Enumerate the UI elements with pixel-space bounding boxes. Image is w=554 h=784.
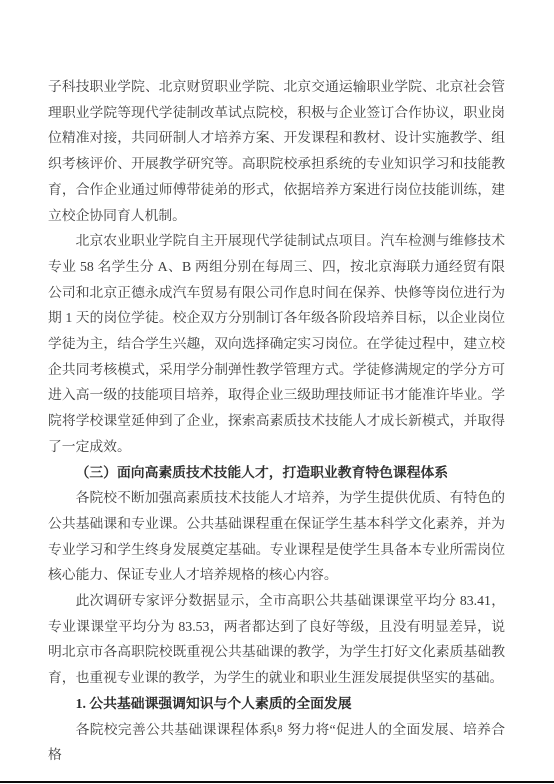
- body-paragraph: 此次调研专家评分数据显示，全市高职公共基础课课堂平均分 83.41，专业课课堂平…: [48, 588, 505, 691]
- page-number: 18: [0, 723, 554, 735]
- scan-edge-line: [0, 781, 554, 784]
- body-paragraph: 各院校不断加强高素质技术技能人才培养，为学生提供优质、有特色的公共基础课和专业课…: [48, 485, 505, 588]
- numbered-heading: 1. 公共基础课强调知识与个人素质的全面发展: [48, 691, 505, 717]
- body-paragraph: 北京农业职业学院自主开展现代学徒制试点项目。汽车检测与维修技术专业 58 名学生…: [48, 228, 505, 459]
- section-heading: （三）面向高素质技术技能人才，打造职业教育特色课程体系: [48, 460, 505, 486]
- body-paragraph: 子科技职业学院、北京财贸职业学院、北京交通运输职业学院、北京社会管理职业学院等现…: [48, 74, 505, 228]
- document-page: 子科技职业学院、北京财贸职业学院、北京交通运输职业学院、北京社会管理职业学院等现…: [0, 0, 554, 784]
- document-body: 子科技职业学院、北京财贸职业学院、北京交通运输职业学院、北京社会管理职业学院等现…: [48, 74, 505, 768]
